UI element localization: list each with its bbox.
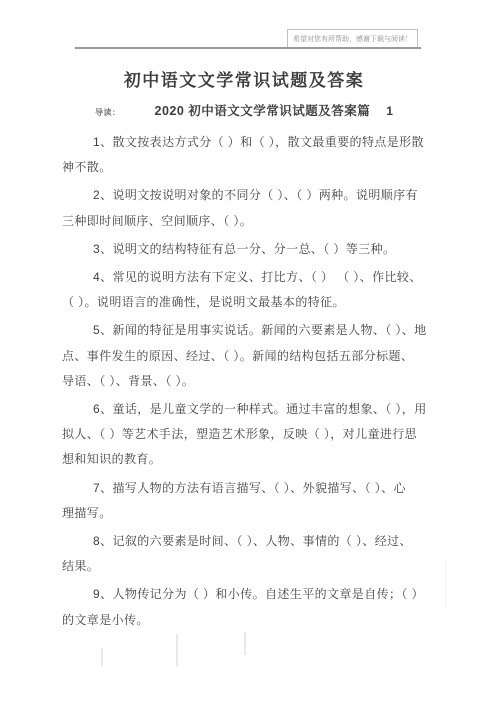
question-6: 6、童话，是儿童文学的一种样式。通过丰富的想象、（ ），用 拟人、（ ）等艺术手… bbox=[62, 397, 426, 473]
document-page: 希望对您有所帮助，感谢下载与阅读！ 初中语文文学常识试题及答案 导读： 2020… bbox=[0, 0, 500, 708]
page-title: 初中语文文学常识试题及答案 bbox=[62, 66, 426, 91]
text-line: 5、新闻的特征是用事实说话。新闻的六要素是人物、（ ）、地 bbox=[62, 318, 426, 343]
text-line: 8、记叙的六要素是时间、（ ）、人物、事情的（ ）、经过、 bbox=[62, 529, 426, 554]
text-line: 9、人物传记分为（ ）和小传。自述生平的文章是自传；（ ） bbox=[62, 582, 426, 607]
text-line: 3、说明文的结构特征有总一分、分一总、（ ）等三种。 bbox=[62, 237, 426, 262]
question-2: 2、说明文按说明对象的不同分（ ）、（ ）两种。说明顺序有 三种即时间顺序、空间… bbox=[62, 183, 426, 233]
text-line: 导语、（ ）、背景、（ ）。 bbox=[62, 369, 426, 394]
text-line: 点、事件发生的原因、经过、（ ）。新闻的结构包括五部分标题、 bbox=[62, 344, 426, 369]
text-line: 结果。 bbox=[62, 554, 426, 579]
document-body: 1、散文按表达方式分（ ）和（ ），散文最重要的特点是形散 神不散。 2、说明文… bbox=[62, 130, 426, 636]
text-line: 拟人、（ ）等艺术手法，塑造艺术形象，反映（ ），对儿童进行思 bbox=[62, 422, 426, 447]
question-1: 1、散文按表达方式分（ ）和（ ），散文最重要的特点是形散 神不散。 bbox=[62, 130, 426, 180]
question-3: 3、说明文的结构特征有总一分、分一总、（ ）等三种。 bbox=[62, 237, 426, 262]
text-line: 神不散。 bbox=[62, 155, 426, 180]
toc-row: 导读： 2020 初中语文文学常识试题及答案篇 1 bbox=[95, 101, 425, 119]
text-line: 4、常见的说明方法有下定义、打比方、（ ） （ ）、作比较、 bbox=[62, 265, 426, 290]
question-5: 5、新闻的特征是用事实说话。新闻的六要素是人物、（ ）、地 点、事件发生的原因、… bbox=[62, 318, 426, 394]
scan-artifact-line bbox=[176, 634, 178, 667]
toc-entry: 2020 初中语文文学常识试题及答案篇 bbox=[155, 101, 371, 119]
scan-artifact-line bbox=[244, 632, 246, 655]
question-8: 8、记叙的六要素是时间、（ ）、人物、事情的（ ）、经过、 结果。 bbox=[62, 529, 426, 579]
text-line: 6、童话，是儿童文学的一种样式。通过丰富的想象、（ ），用 bbox=[62, 397, 426, 422]
text-line: 理描写。 bbox=[62, 501, 426, 526]
text-line: （ ）。说明语言的准确性，是说明文最基本的特征。 bbox=[62, 290, 426, 315]
question-7: 7、描写人物的方法有语言描写、（ ）、外貌描写、（ ）、心 理描写。 bbox=[62, 476, 426, 526]
scan-artifact-line bbox=[445, 562, 446, 606]
text-line: 三种即时间顺序、空间顺序、（ ）。 bbox=[62, 209, 426, 234]
question-9: 9、人物传记分为（ ）和小传。自述生平的文章是自传；（ ） 的文章是小传。 bbox=[62, 582, 426, 632]
header-notice-text: 希望对您有所帮助，感谢下载与阅读！ bbox=[293, 34, 412, 44]
question-4: 4、常见的说明方法有下定义、打比方、（ ） （ ）、作比较、 （ ）。说明语言的… bbox=[62, 265, 426, 315]
text-line: 的文章是小传。 bbox=[62, 608, 426, 633]
scan-artifact-line bbox=[101, 648, 103, 666]
toc-page-number: 1 bbox=[386, 104, 393, 118]
text-line: 7、描写人物的方法有语言描写、（ ）、外貌描写、（ ）、心 bbox=[62, 476, 426, 501]
text-line: 1、散文按表达方式分（ ）和（ ），散文最重要的特点是形散 bbox=[62, 130, 426, 155]
header-notice-box: 希望对您有所帮助，感谢下载与阅读！ bbox=[287, 29, 418, 47]
toc-label: 导读： bbox=[95, 107, 121, 118]
text-line: 想和知识的教育。 bbox=[62, 447, 426, 472]
text-line: 2、说明文按说明对象的不同分（ ）、（ ）两种。说明顺序有 bbox=[62, 183, 426, 208]
header-rule bbox=[75, 47, 421, 49]
